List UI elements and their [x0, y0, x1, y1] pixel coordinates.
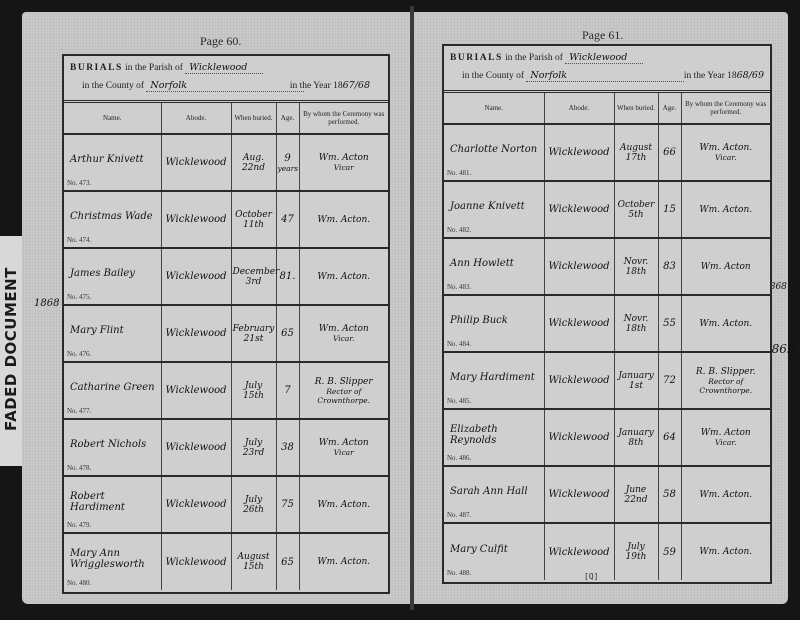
deceased-name: Elizabeth Reynolds	[450, 424, 543, 446]
entry-number: No. 479.	[67, 521, 91, 529]
entry-abode: Wicklewood	[161, 305, 231, 362]
column-when-buried: When buried.	[231, 103, 276, 134]
entry-burial-date: July19th	[614, 523, 658, 580]
entry-abode: Wicklewood	[161, 191, 231, 248]
entry-name-cell: Joanne KnivettNo. 482.	[444, 181, 544, 238]
entry-burial-date: December3rd	[231, 248, 276, 305]
entry-age: 38	[276, 419, 299, 476]
deceased-name: Ann Howlett	[450, 258, 543, 269]
burial-entry-row: Mary CulfitNo. 488.WicklewoodJuly19th59W…	[444, 523, 770, 580]
entry-abode: Wicklewood	[544, 181, 614, 238]
burial-entry-row: Mary HardimentNo. 485.WicklewoodJanuary1…	[444, 352, 770, 409]
burial-register-table: BURIALS in the Parish of Wicklewood in t…	[62, 54, 390, 594]
entry-officiant: Wm. Acton.Vicar.	[681, 124, 770, 181]
entry-burial-date: October5th	[614, 181, 658, 238]
column-abode: Abode.	[544, 93, 614, 124]
entry-officiant: Wm. Acton.	[299, 476, 388, 533]
burial-register-table: BURIALS in the Parish of Wicklewood in t…	[442, 44, 772, 584]
entry-name-cell: Mary Ann WrigglesworthNo. 480.	[64, 533, 161, 590]
margin-year-note: 1868	[34, 298, 59, 309]
entry-burial-date: August17th	[614, 124, 658, 181]
entry-officiant: Wm. ActonVicar.	[299, 305, 388, 362]
deceased-name: Joanne Knivett	[450, 201, 543, 212]
entry-age: 15	[658, 181, 681, 238]
entry-number: No. 483.	[447, 283, 471, 291]
register-title: BURIALS	[70, 63, 123, 73]
entry-officiant: Wm. Acton.	[299, 533, 388, 590]
entry-name-cell: Arthur KnivettNo. 473.	[64, 134, 161, 191]
column-age: Age.	[658, 93, 681, 124]
entry-officiant: R. B. SlipperRector of Crownthorpe.	[299, 362, 388, 419]
entry-name-cell: Sarah Ann HallNo. 487.	[444, 466, 544, 523]
entry-age: 83	[658, 238, 681, 295]
entry-abode: Wicklewood	[161, 248, 231, 305]
entry-abode: Wicklewood	[161, 419, 231, 476]
entry-age: 66	[658, 124, 681, 181]
entry-name-cell: Philip BuckNo. 484.	[444, 295, 544, 352]
entry-officiant: Wm. ActonVicar	[299, 134, 388, 191]
column-name: Name.	[64, 103, 161, 134]
entry-number: No. 473.	[67, 179, 91, 187]
entry-number: No. 484.	[447, 340, 471, 348]
entry-burial-date: Novr.18th	[614, 295, 658, 352]
burial-entry-row: Ann HowlettNo. 483.WicklewoodNovr.18th83…	[444, 238, 770, 295]
entry-name-cell: Catharine GreenNo. 477.	[64, 362, 161, 419]
right-page: Page 61. 1868 1869. BURIALS in the Paris…	[414, 12, 788, 604]
deceased-name: Arthur Knivett	[70, 154, 160, 165]
entry-age: 47	[276, 191, 299, 248]
entry-name-cell: Robert NicholsNo. 478.	[64, 419, 161, 476]
entry-burial-date: February21st	[231, 305, 276, 362]
faded-document-label: FADED DOCUMENT	[0, 236, 22, 466]
entry-name-cell: Mary HardimentNo. 485.	[444, 352, 544, 409]
entry-name-cell: Ann HowlettNo. 483.	[444, 238, 544, 295]
entry-abode: Wicklewood	[544, 352, 614, 409]
burial-entry-row: Catharine GreenNo. 477.WicklewoodJuly15t…	[64, 362, 388, 419]
entry-number: No. 488.	[447, 569, 471, 577]
entry-burial-date: October11th	[231, 191, 276, 248]
parish-name: Wicklewood	[565, 52, 643, 64]
entry-burial-date: July26th	[231, 476, 276, 533]
entry-name-cell: Mary FlintNo. 476.	[64, 305, 161, 362]
deceased-name: Philip Buck	[450, 315, 543, 326]
register-header: BURIALS in the Parish of Wicklewood in t…	[444, 46, 770, 93]
entry-age: 55	[658, 295, 681, 352]
deceased-name: Catharine Green	[70, 382, 160, 393]
entry-number: No. 481.	[447, 169, 471, 177]
entry-officiant: Wm. Acton.	[299, 248, 388, 305]
entry-age: 59	[658, 523, 681, 580]
entry-name-cell: Christmas WadeNo. 474.	[64, 191, 161, 248]
entry-number: No. 486.	[447, 454, 471, 462]
entry-officiant: R. B. Slipper.Rector of Crownthorpe.	[681, 352, 770, 409]
entry-age: 65	[276, 533, 299, 590]
entry-abode: Wicklewood	[544, 466, 614, 523]
county-name: Norfolk	[146, 80, 304, 92]
entry-name-cell: Robert HardimentNo. 479.	[64, 476, 161, 533]
deceased-name: James Bailey	[70, 268, 160, 279]
burial-entry-row: Mary Ann WrigglesworthNo. 480.Wicklewood…	[64, 533, 388, 590]
burial-entry-row: Charlotte NortonNo. 481.WicklewoodAugust…	[444, 124, 770, 181]
entry-burial-date: August15th	[231, 533, 276, 590]
column-name: Name.	[444, 93, 544, 124]
burial-entry-row: Robert HardimentNo. 479.WicklewoodJuly26…	[64, 476, 388, 533]
entry-age: 7	[276, 362, 299, 419]
column-officiant: By whom the Ceremony was performed.	[681, 93, 770, 124]
entry-abode: Wicklewood	[544, 523, 614, 580]
deceased-name: Mary Culfit	[450, 544, 543, 555]
entry-name-cell: Charlotte NortonNo. 481.	[444, 124, 544, 181]
entry-abode: Wicklewood	[544, 238, 614, 295]
page-number: Page 61.	[582, 28, 623, 43]
deceased-name: Charlotte Norton	[450, 144, 543, 155]
entry-burial-date: January8th	[614, 409, 658, 466]
burial-entry-row: Mary FlintNo. 476.WicklewoodFebruary21st…	[64, 305, 388, 362]
parish-name: Wicklewood	[185, 62, 263, 74]
entry-age: 75	[276, 476, 299, 533]
deceased-name: Mary Flint	[70, 325, 160, 336]
burial-entries: Name. Abode. When buried. Age. By whom t…	[444, 93, 770, 580]
entry-officiant: Wm. Acton.	[681, 181, 770, 238]
entry-burial-date: January1st	[614, 352, 658, 409]
burial-entry-row: James BaileyNo. 475.WicklewoodDecember3r…	[64, 248, 388, 305]
column-abode: Abode.	[161, 103, 231, 134]
deceased-name: Robert Nichols	[70, 439, 160, 450]
entry-age: 81.	[276, 248, 299, 305]
burial-entry-row: Christmas WadeNo. 474.WicklewoodOctober1…	[64, 191, 388, 248]
column-age: Age.	[276, 103, 299, 134]
burial-entries: Name. Abode. When buried. Age. By whom t…	[64, 103, 388, 590]
register-year: 68/69	[737, 70, 764, 81]
entry-abode: Wicklewood	[161, 476, 231, 533]
entry-age: 65	[276, 305, 299, 362]
entry-abode: Wicklewood	[544, 409, 614, 466]
entry-age: 64	[658, 409, 681, 466]
entry-officiant: Wm. Acton.	[681, 295, 770, 352]
column-officiant: By whom the Ceremony was performed.	[299, 103, 388, 134]
entry-officiant: Wm. Acton	[681, 238, 770, 295]
burial-entry-row: Elizabeth ReynoldsNo. 486.WicklewoodJanu…	[444, 409, 770, 466]
register-title: BURIALS	[450, 53, 503, 63]
entry-abode: Wicklewood	[161, 134, 231, 191]
deceased-name: Robert Hardiment	[70, 491, 160, 513]
entry-officiant: Wm. Acton.	[299, 191, 388, 248]
footer-mark: [Q]	[584, 572, 598, 581]
entry-name-cell: Elizabeth ReynoldsNo. 486.	[444, 409, 544, 466]
entry-number: No. 478.	[67, 464, 91, 472]
entry-number: No. 477.	[67, 407, 91, 415]
entry-age: 9years	[276, 134, 299, 191]
county-name: Norfolk	[526, 70, 684, 82]
burial-entry-row: Robert NicholsNo. 478.WicklewoodJuly23rd…	[64, 419, 388, 476]
entry-burial-date: June22nd	[614, 466, 658, 523]
entry-name-cell: James BaileyNo. 475.	[64, 248, 161, 305]
entry-number: No. 482.	[447, 226, 471, 234]
burial-entry-row: Joanne KnivettNo. 482.WicklewoodOctober5…	[444, 181, 770, 238]
burial-entry-row: Sarah Ann HallNo. 487.WicklewoodJune22nd…	[444, 466, 770, 523]
entry-number: No. 475.	[67, 293, 91, 301]
entry-age: 72	[658, 352, 681, 409]
entry-abode: Wicklewood	[161, 362, 231, 419]
entry-burial-date: Aug. 22nd	[231, 134, 276, 191]
page-number: Page 60.	[200, 34, 241, 49]
deceased-name: Mary Hardiment	[450, 372, 543, 383]
burial-entry-row: Philip BuckNo. 484.WicklewoodNovr.18th55…	[444, 295, 770, 352]
entry-burial-date: July15th	[231, 362, 276, 419]
left-page: Page 60. 1868 BURIALS in the Parish of W…	[22, 12, 412, 604]
burial-entry-row: Arthur KnivettNo. 473.WicklewoodAug. 22n…	[64, 134, 388, 191]
entry-officiant: Wm. Acton.	[681, 466, 770, 523]
entry-officiant: Wm. ActonVicar	[299, 419, 388, 476]
register-header: BURIALS in the Parish of Wicklewood in t…	[64, 56, 388, 103]
book-spread: FADED DOCUMENT Page 60. 1868 BURIALS in …	[0, 0, 800, 620]
entry-number: No. 480.	[67, 579, 91, 587]
entry-burial-date: July23rd	[231, 419, 276, 476]
entry-age: 58	[658, 466, 681, 523]
entry-officiant: Wm. ActonVicar.	[681, 409, 770, 466]
deceased-name: Christmas Wade	[70, 211, 160, 222]
register-year: 67/68	[343, 80, 370, 91]
entry-officiant: Wm. Acton.	[681, 523, 770, 580]
entry-number: No. 487.	[447, 511, 471, 519]
entry-number: No. 485.	[447, 397, 471, 405]
deceased-name: Sarah Ann Hall	[450, 486, 543, 497]
entry-number: No. 476.	[67, 350, 91, 358]
entry-burial-date: Novr.18th	[614, 238, 658, 295]
entry-abode: Wicklewood	[544, 124, 614, 181]
deceased-name: Mary Ann Wrigglesworth	[70, 548, 160, 570]
entry-name-cell: Mary CulfitNo. 488.	[444, 523, 544, 580]
entry-number: No. 474.	[67, 236, 91, 244]
entry-abode: Wicklewood	[544, 295, 614, 352]
column-when-buried: When buried.	[614, 93, 658, 124]
entry-abode: Wicklewood	[161, 533, 231, 590]
